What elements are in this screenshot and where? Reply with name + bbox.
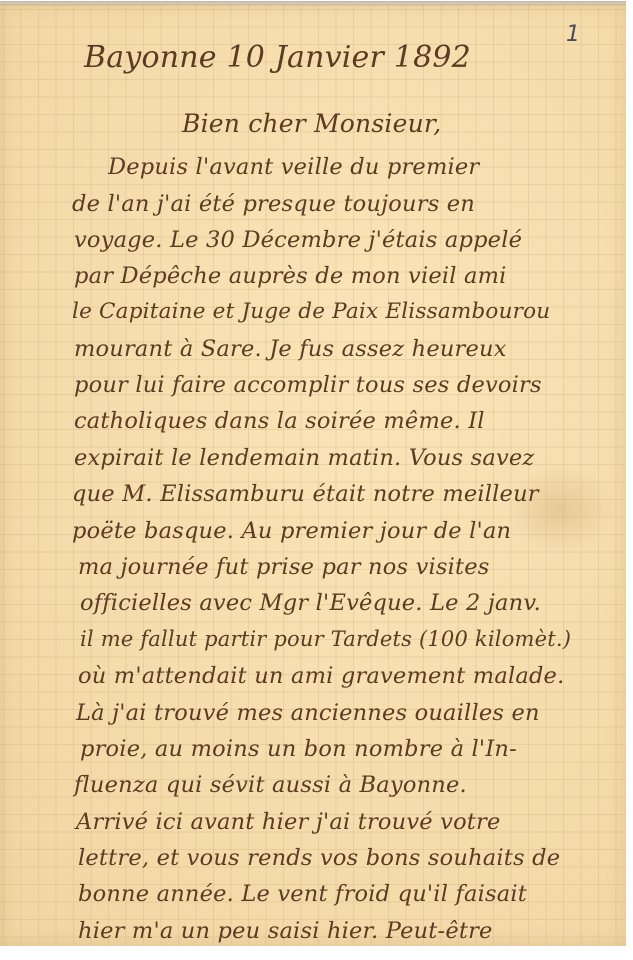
letter-line: il me fallut partir pour Tardets (100 ki… bbox=[80, 627, 571, 651]
page-number: 1 bbox=[566, 22, 580, 47]
letter-line: proie, au moins un bon nombre à l'In- bbox=[80, 736, 517, 762]
letter-line: expirait le lendemain matin. Vous savez bbox=[74, 445, 534, 471]
letter-line: Depuis l'avant veille du premier bbox=[108, 154, 479, 180]
letter-line: Là j'ai trouvé mes anciennes ouailles en bbox=[76, 700, 540, 726]
salutation: Bien cher Monsieur, bbox=[182, 109, 441, 138]
letter-line: catholiques dans la soirée même. Il bbox=[74, 408, 485, 434]
torn-top-edge bbox=[0, 1, 626, 6]
letter-line: bonne année. Le vent froid qu'il faisait bbox=[78, 881, 527, 907]
letter-line: que M. Elissamburu était notre meilleur bbox=[72, 481, 539, 507]
letter-line: Arrivé ici avant hier j'ai trouvé votre bbox=[76, 809, 501, 835]
letter-line: mourant à Sare. Je fus assez heureux bbox=[74, 336, 507, 362]
letter-line: de l'an j'ai été presque toujours en bbox=[72, 191, 475, 217]
letter-line: le Capitaine et Juge de Paix Elissambour… bbox=[72, 299, 550, 324]
letter-line: hier m'a un peu saisi hier. Peut-être bbox=[78, 918, 493, 944]
letter-line: lettre, et vous rends vos bons souhaits … bbox=[78, 845, 560, 871]
letter-line: poëte basque. Au premier jour de l'an bbox=[72, 518, 511, 544]
place-date-heading: Bayonne 10 Janvier 1892 bbox=[84, 40, 471, 75]
letter-line: officielles avec Mgr l'Evêque. Le 2 janv… bbox=[80, 590, 541, 616]
paper-stain bbox=[505, 464, 615, 554]
letter-line: pour lui faire accomplir tous ses devoir… bbox=[74, 372, 542, 398]
letter-page: 1 Bayonne 10 Janvier 1892 Bien cher Mons… bbox=[0, 4, 626, 946]
letter-line: fluenza qui sévit aussi à Bayonne. bbox=[74, 772, 467, 798]
letter-line: où m'attendait un ami gravement malade. bbox=[78, 663, 564, 689]
letter-line: par Dépêche auprès de mon vieil ami bbox=[74, 263, 507, 289]
letter-line: voyage. Le 30 Décembre j'étais appelé bbox=[74, 227, 522, 253]
letter-line: ma journée fut prise par nos visites bbox=[78, 554, 490, 580]
